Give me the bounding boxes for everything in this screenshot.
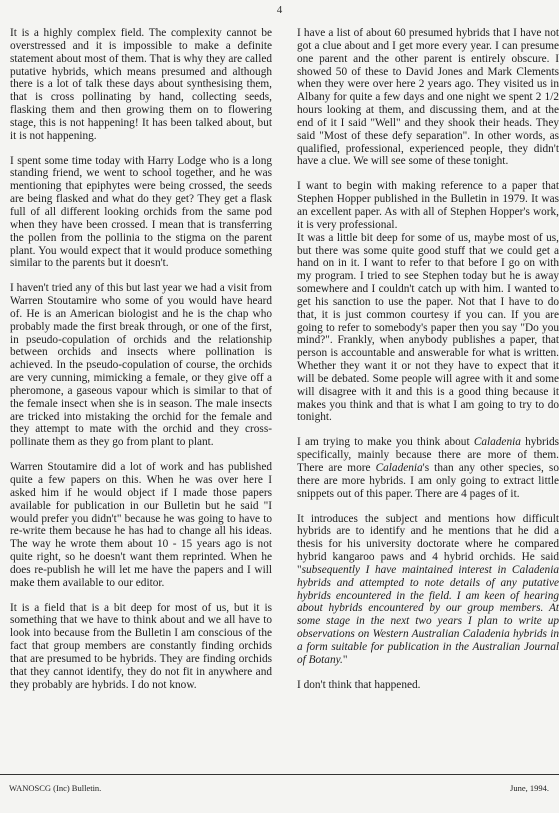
paragraph-warren-stoutamire-visit: I haven't tried any of this but last yea… [10, 282, 272, 449]
footer-publication: WANOSCG (Inc) Bulletin. [9, 783, 101, 793]
paragraph-thesis-quote: It introduces the subject and mentions h… [297, 513, 559, 667]
footer-divider [0, 774, 559, 775]
paragraph-caladenia-hybrids: I am trying to make you think about Cala… [297, 436, 559, 500]
page-number: 4 [0, 4, 559, 16]
hopper-quotation: subsequently I have maintained interest … [297, 564, 559, 666]
footer-date: June, 1994. [510, 783, 549, 793]
paragraph-complex-field: It is a highly complex field. The comple… [10, 27, 272, 143]
genus-name-italic: Caladenia [474, 436, 521, 448]
text-segment: I am trying to make you think about [297, 436, 474, 448]
paragraph-conclusion: I don't think that happened. [297, 679, 559, 692]
genus-name-italic: Caladenia [376, 462, 423, 474]
right-column: I have a list of about 60 presumed hybri… [297, 27, 559, 704]
text-segment: " [343, 654, 348, 666]
left-column: It is a highly complex field. The comple… [10, 27, 272, 704]
paragraph-hopper-paper-intro: I want to begin with making reference to… [297, 180, 559, 231]
paragraph-harry-lodge: I spent some time today with Harry Lodge… [10, 155, 272, 271]
paragraph-field-deep: It is a field that is a bit deep for mos… [10, 602, 272, 692]
paragraph-stoutamire-papers: Warren Stoutamire did a lot of work and … [10, 461, 272, 589]
paragraph-hopper-paper-discussion: It was a little bit deep for some of us,… [297, 232, 559, 425]
paragraph-presumed-hybrids-list: I have a list of about 60 presumed hybri… [297, 27, 559, 168]
